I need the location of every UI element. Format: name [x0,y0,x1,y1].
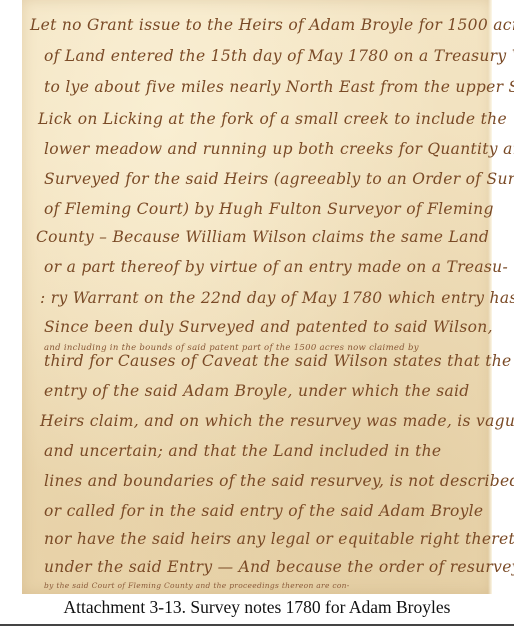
document-line-7: of Fleming Court) by Hugh Fulton Surveyo… [44,200,494,218]
document-line-1: Let no Grant issue to the Heirs of Adam … [30,16,514,34]
figure-caption: Attachment 3-13. Survey notes 1780 for A… [0,597,514,618]
document-line-13: third for Causes of Caveat the said Wils… [44,352,512,370]
document-line-17: lines and boundaries of the said resurve… [44,472,514,490]
document-line-10: : ry Warrant on the 22nd day of May 1780… [40,289,514,307]
document-line-14: entry of the said Adam Broyle, under whi… [44,382,470,400]
document-scan: Let no Grant issue to the Heirs of Adam … [22,0,492,594]
document-line-8: County – Because William Wilson claims t… [36,228,489,246]
document-line-2: of Land entered the 15th day of May 1780… [44,47,514,65]
document-line-11: Since been duly Surveyed and patented to… [44,318,493,336]
document-line-15: Heirs claim, and on which the resurvey w… [40,412,514,430]
document-line-16: and uncertain; and that the Land include… [44,442,441,460]
document-line-20: under the said Entry — And because the o… [44,558,514,576]
document-line-5: lower meadow and running up both creeks … [44,140,514,158]
document-line-4: Lick on Licking at the fork of a small c… [38,110,507,128]
document-line-9: or a part thereof by virtue of an entry … [44,258,508,276]
document-line-21: by the said Court of Fleming County and … [44,581,350,590]
document-line-3: to lye about five miles nearly North Eas… [44,78,514,96]
document-line-18: or called for in the said entry of the s… [44,502,483,520]
document-line-19: nor have the said heirs any legal or equ… [44,530,514,548]
document-line-6: Surveyed for the said Heirs (agreeably t… [44,170,514,188]
